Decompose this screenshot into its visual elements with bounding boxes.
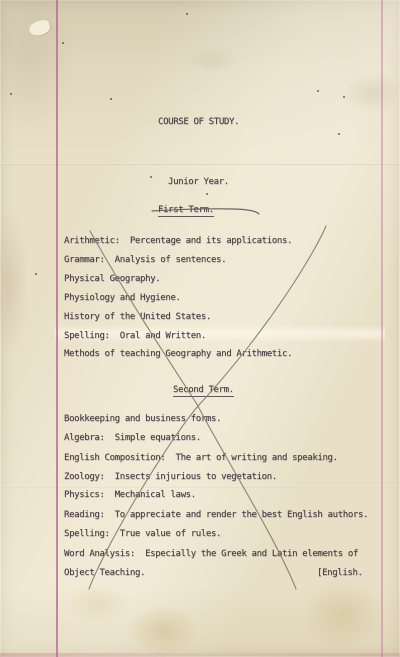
course-line: Word Analysis: Especially the Greek and … [64,549,358,560]
subtitle-junior-year: Junior Year. [168,177,229,188]
course-line: Spelling: True value of rules. [64,529,221,540]
course-line: Physical Geography. [64,274,160,285]
paper-stain [128,605,200,657]
ink-speck [338,133,340,135]
ink-speck [35,273,37,275]
course-line: Zoology: Insects injurious to vegetation… [64,472,277,483]
course-line: Algebra: Simple equations. [64,433,201,444]
second-term-heading-text: Second Term. [173,385,234,397]
fold-crease [0,163,400,165]
course-line: Grammar: Analysis of sentences. [64,255,226,266]
ink-speck [317,90,319,92]
paper-stain [186,46,240,74]
ink-speck [150,176,152,178]
right-margin-rule [381,0,383,657]
paper-stain [0,212,28,352]
course-line: History of the United States. [64,312,211,323]
section-heading-first-term: First Term. [158,205,214,216]
ink-speck [110,98,112,100]
course-line: Methods of teaching Geography and Arithm… [64,349,292,360]
course-line: Reading: To appreciate and render the be… [64,510,368,521]
course-line: Physics: Mechanical laws. [64,490,196,501]
left-margin-rule [56,0,58,657]
fold-crease [0,486,400,488]
paper-stain [66,585,130,623]
ink-speck [62,42,64,44]
ink-speck [343,96,345,98]
course-line: Physiology and Hygiene. [64,293,181,304]
first-term-heading-text: First Term. [158,205,214,217]
paper-stain [0,0,76,132]
bottom-page-edge [0,653,400,657]
ink-speck [206,193,208,195]
section-heading-second-term: Second Term. [173,385,234,396]
course-line: Object Teaching. [64,568,145,579]
paper-stain [342,72,400,114]
english-bracket-annotation: [English. [317,568,363,579]
ink-speck [186,13,188,15]
document-page: COURSE OF STUDY. Junior Year. First Term… [0,0,400,657]
ink-speck [10,93,12,95]
course-line: English Composition: The art of writing … [64,453,338,464]
course-line: Spelling: Oral and Written. [64,331,206,342]
course-line: Bookkeeping and business forms. [64,414,221,425]
course-line: Arithmetic: Percentage and its applicati… [64,236,292,247]
page-title: COURSE OF STUDY. [158,117,239,128]
paper-stain [302,578,382,650]
